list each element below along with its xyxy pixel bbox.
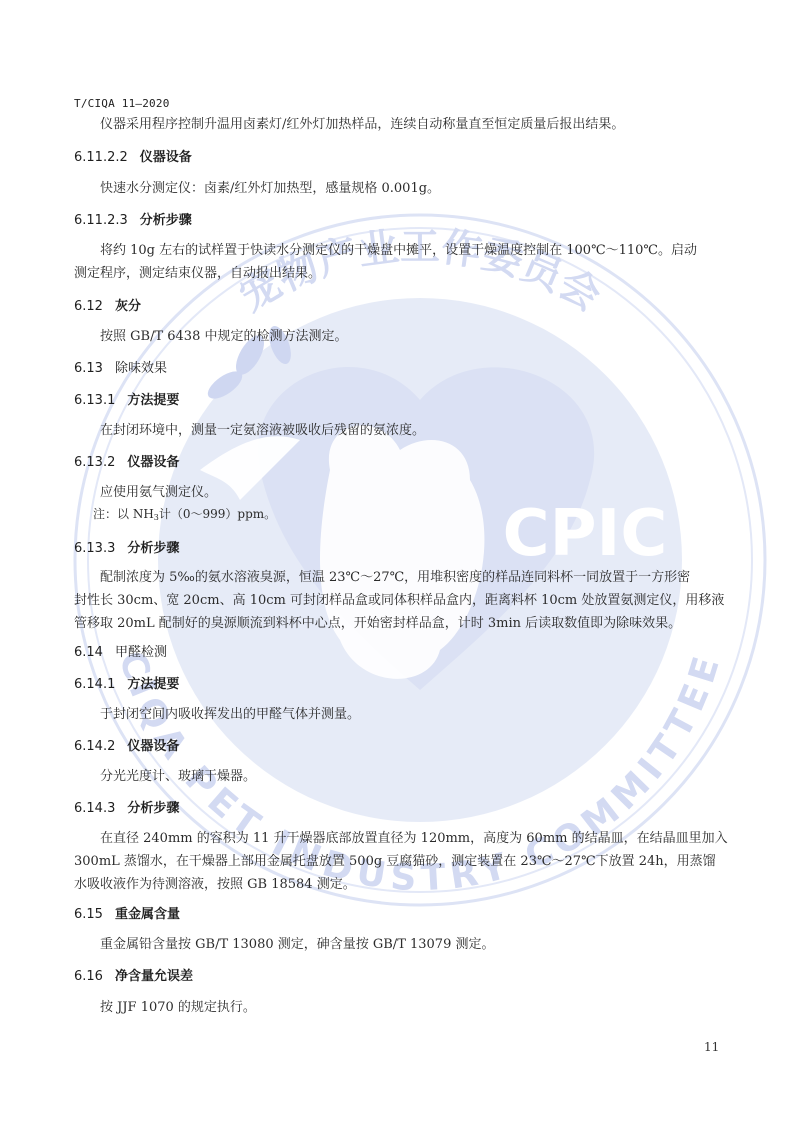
heading-6-14-3: 6.14.3分析步骤 (74, 797, 179, 816)
heading-6-13-2: 6.13.2仪器设备 (74, 451, 179, 470)
heading-6-12: 6.12灰分 (74, 295, 141, 314)
heading-6-16: 6.16净含量允误差 (74, 965, 193, 984)
document-page: T/CIQA 11—2020 仪器采用程序控制升温用卤素灯/红外灯加热样品，连续… (0, 0, 800, 1133)
paragraph-6-13-1: 在封闭环境中，测量一定氨溶液被吸收后残留的氨浓度。 (74, 419, 724, 442)
heading-6-14: 6.14甲醛检测 (74, 641, 167, 660)
paragraph-intro: 仪器采用程序控制升温用卤素灯/红外灯加热样品，连续自动称量直至恒定质量后报出结果… (74, 113, 724, 136)
paragraph-6-16: 按 JJF 1070 的规定执行。 (74, 996, 724, 1019)
page-number: 11 (704, 1040, 719, 1054)
paragraph-6-11-2-3: 将约 10g 左右的试样置于快读水分测定仪的干燥盘中摊平，设置干燥温度控制在 1… (74, 239, 724, 285)
paragraph-6-13-3: 配制浓度为 5‰的氨水溶液臭源，恒温 23℃～27℃，用堆积密度的样品连同料杯一… (74, 566, 724, 635)
paragraph-6-14-1: 于封闭空间内吸收挥发出的甲醛气体并测量。 (74, 703, 724, 726)
heading-6-11-2-2: 6.11.2.2仪器设备 (74, 146, 192, 165)
heading-6-13-1: 6.13.1方法提要 (74, 389, 179, 408)
heading-6-15: 6.15重金属含量 (74, 903, 180, 922)
heading-6-14-2: 6.14.2仪器设备 (74, 735, 179, 754)
paragraph-6-12: 按照 GB/T 6438 中规定的检测方法测定。 (74, 325, 724, 348)
standard-code-header: T/CIQA 11—2020 (74, 97, 170, 110)
heading-6-13: 6.13除味效果 (74, 357, 167, 376)
heading-6-14-1: 6.14.1方法提要 (74, 673, 179, 692)
paragraph-6-14-2: 分光光度计、玻璃干燥器。 (74, 765, 724, 788)
paragraph-6-15: 重金属铅含量按 GB/T 13080 测定，砷含量按 GB/T 13079 测定… (74, 933, 724, 956)
note-6-13-2: 注：以 NH3计（0～999）ppm。 (93, 505, 276, 522)
heading-6-11-2-3: 6.11.2.3分析步骤 (74, 209, 192, 228)
paragraph-6-14-3: 在直径 240mm 的容积为 11 升干燥器底部放置直径为 120mm，高度为 … (74, 827, 724, 896)
paragraph-6-11-2-2: 快速水分测定仪：卤素/红外灯加热型，感量规格 0.001g。 (74, 177, 724, 200)
heading-6-13-3: 6.13.3分析步骤 (74, 537, 179, 556)
paragraph-6-13-2: 应使用氨气测定仪。 (74, 481, 724, 504)
